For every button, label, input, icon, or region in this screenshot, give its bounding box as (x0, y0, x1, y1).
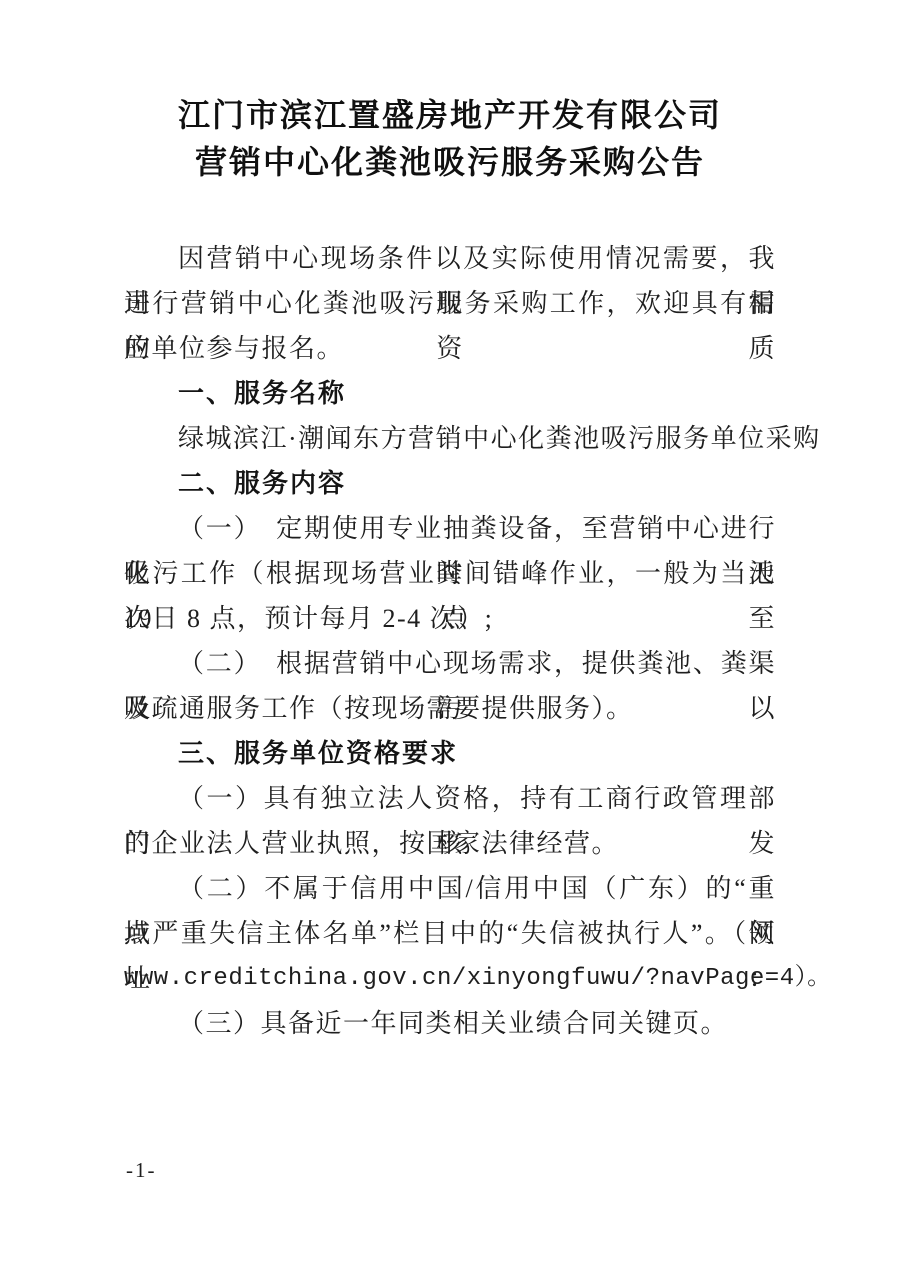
body-line: 绿城滨江·潮闻东方营销中心化粪池吸污服务单位采购 (124, 416, 776, 461)
body-line: 进行营销中心化粪池吸污服务采购工作，欢迎具有相应资质 (124, 281, 776, 326)
section-heading-3: 三、服务单位资格要求 (124, 731, 776, 776)
body-line: 因营销中心现场条件以及实际使用情况需要，我司现需 (124, 236, 776, 281)
body-line: （三）具备近一年同类相关业绩合同关键页。 (124, 1001, 776, 1046)
body-line: 域严重失信主体名单”栏目中的“失信被执行人”。（网址： (124, 911, 776, 956)
document-title: 江门市滨江置盛房地产开发有限公司 营销中心化粪池吸污服务采购公告 (0, 0, 900, 186)
section-heading-1: 一、服务名称 (124, 371, 776, 416)
document-title-line-2: 营销中心化粪池吸污服务采购公告 (0, 139, 900, 186)
body-line: （二）不属于信用中国/信用中国（广东）的“重点领 (124, 866, 776, 911)
body-line: （二） 根据营销中心现场需求，提供粪池、粪渠吸污以 (124, 641, 776, 686)
body-line: 吸污工作（根据现场营业时间错峰作业，一般为当天 19 点至 (124, 551, 776, 596)
document-body: 因营销中心现场条件以及实际使用情况需要，我司现需 进行营销中心化粪池吸污服务采购… (0, 236, 900, 1046)
document-page: 江门市滨江置盛房地产开发有限公司 营销中心化粪池吸污服务采购公告 因营销中心现场… (0, 0, 900, 1271)
section-heading-2: 二、服务内容 (124, 461, 776, 506)
body-line: （一）具有独立法人资格，持有工商行政管理部门核发 (124, 776, 776, 821)
page-number: -1- (126, 1158, 157, 1183)
url-text: www.creditchina.gov.cn/xinyongfuwu/?navP… (124, 956, 776, 1001)
document-title-line-1: 江门市滨江置盛房地产开发有限公司 (0, 92, 900, 139)
body-line: （一） 定期使用专业抽粪设备，至营销中心进行化粪池 (124, 506, 776, 551)
